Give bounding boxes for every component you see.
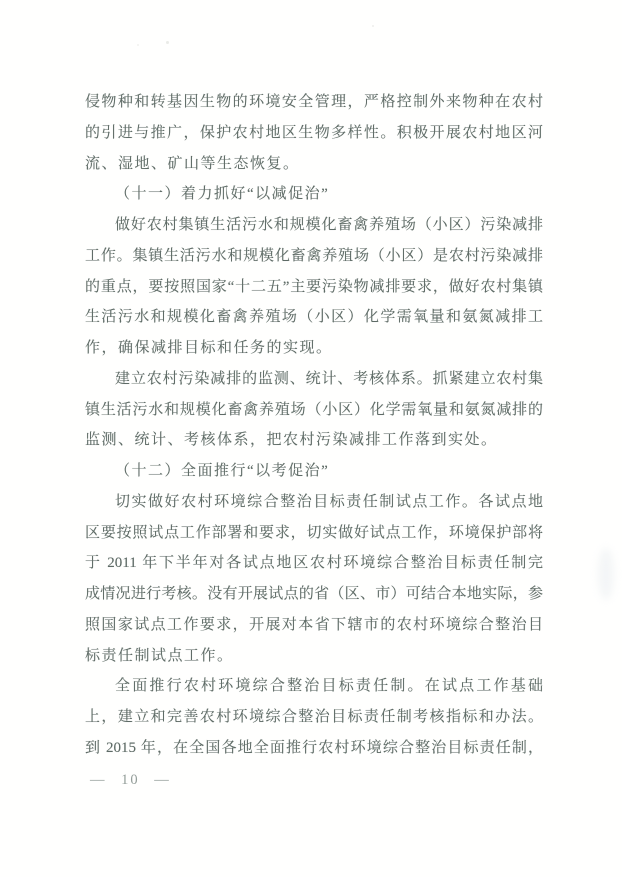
text-line: 切实做好农村环境综合整治目标责任制试点工作。各试点地 — [85, 487, 543, 518]
text-line: 生活污水和规模化畜禽养殖场（小区）化学需氧量和氨氮减排工 — [85, 302, 543, 333]
text-line: 标责任制试点工作。 — [85, 641, 543, 672]
text-line: 工作。集镇生活污水和规模化畜禽养殖场（小区）是农村污染减排 — [85, 241, 543, 272]
paragraph: 切实做好农村环境综合整治目标责任制试点工作。各试点地 区要按照试点工作部署和要求… — [85, 487, 543, 672]
scan-speck — [166, 41, 169, 44]
section-heading: （十二）全面推行“以考促治” — [85, 456, 543, 487]
paragraph: 做好农村集镇生活污水和规模化畜禽养殖场（小区）污染减排 工作。集镇生活污水和规模… — [85, 210, 543, 364]
text-line: 上，建立和完善农村环境综合整治目标责任制考核指标和办法。 — [85, 702, 543, 733]
body-text: 侵物种和转基因生物的环境安全管理，严格控制外来物种在农村 的引进与推广，保护农村… — [85, 87, 543, 764]
section-heading-line: （十二）全面推行“以考促治” — [85, 456, 543, 487]
text-line: 照国家试点工作要求，开展对本省下辖市的农村环境综合整治目 — [85, 610, 543, 641]
text-line: 建立农村污染减排的监测、统计、考核体系。抓紧建立农村集 — [85, 364, 543, 395]
scanned-page: 侵物种和转基因生物的环境安全管理，严格控制外来物种在农村 的引进与推广，保护农村… — [0, 0, 622, 877]
paragraph-continuation: 侵物种和转基因生物的环境安全管理，严格控制外来物种在农村 的引进与推广，保护农村… — [85, 87, 543, 179]
scan-smudge — [598, 548, 614, 600]
text-line: 的引进与推广，保护农村地区生物多样性。积极开展农村地区河 — [85, 118, 543, 149]
text-line: 镇生活污水和规模化畜禽养殖场（小区）化学需氧量和氨氮减排的 — [85, 395, 543, 426]
text-line: 于 2011 年下半年对各试点地区农村环境综合整治目标责任制完 — [85, 548, 543, 579]
section-heading-line: （十一）着力抓好“以减促治” — [85, 179, 543, 210]
text-line: 全面推行农村环境综合整治目标责任制。在试点工作基础 — [85, 671, 543, 702]
scan-speck — [137, 44, 139, 46]
page-number: — 10 — — [90, 767, 171, 793]
text-line: 到 2015 年，在全国各地全面推行农村环境综合整治目标责任制， — [85, 733, 543, 764]
text-line: 流、湿地、矿山等生态恢复。 — [85, 149, 543, 180]
text-line: 的重点，要按照国家“十二五”主要污染物减排要求，做好农村集镇 — [85, 272, 543, 303]
text-line: 区要按照试点工作部署和要求，切实做好试点工作，环境保护部将 — [85, 518, 543, 549]
text-line: 监测、统计、考核体系，把农村污染减排工作落到实处。 — [85, 425, 543, 456]
text-line: 侵物种和转基因生物的环境安全管理，严格控制外来物种在农村 — [85, 87, 543, 118]
text-line: 做好农村集镇生活污水和规模化畜禽养殖场（小区）污染减排 — [85, 210, 543, 241]
paragraph: 建立农村污染减排的监测、统计、考核体系。抓紧建立农村集 镇生活污水和规模化畜禽养… — [85, 364, 543, 456]
paragraph: 全面推行农村环境综合整治目标责任制。在试点工作基础 上，建立和完善农村环境综合整… — [85, 671, 543, 763]
text-line: 作，确保减排目标和任务的实现。 — [85, 333, 543, 364]
text-line: 成情况进行考核。没有开展试点的省（区、市）可结合本地实际，参 — [85, 579, 543, 610]
section-heading: （十一）着力抓好“以减促治” — [85, 179, 543, 210]
scan-speck — [372, 25, 374, 27]
